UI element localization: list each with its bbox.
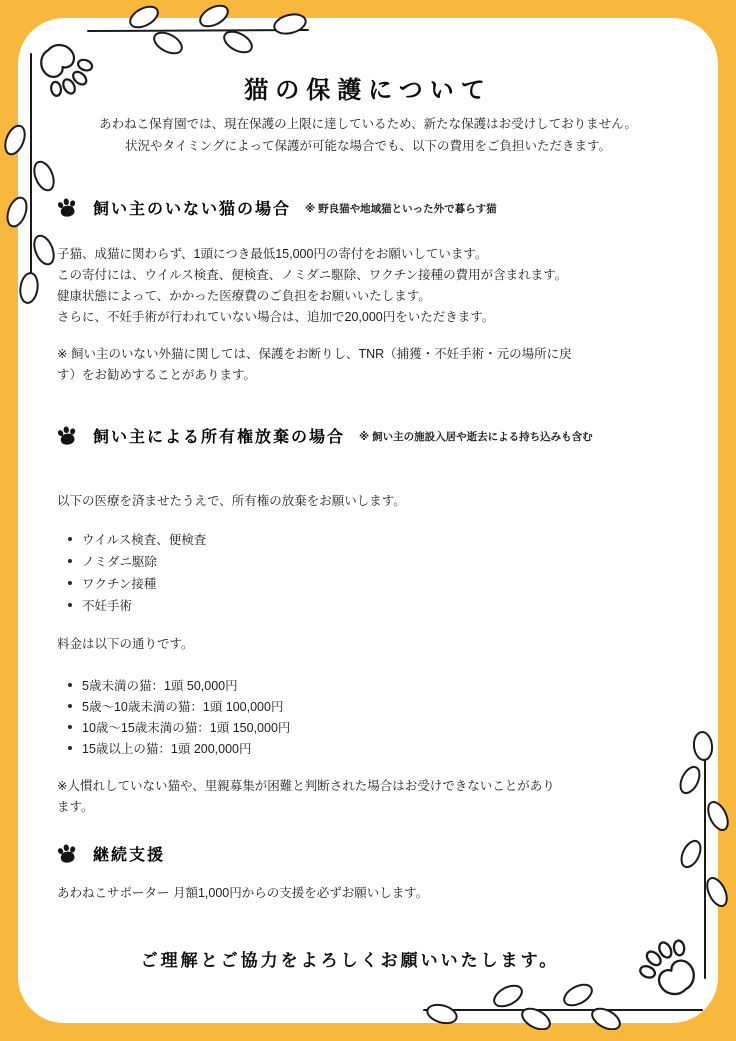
- section-heading-note: ※ 飼い主の施設入居や逝去による持ち込みも含む: [359, 426, 593, 444]
- bullet-dot-icon: [68, 581, 72, 585]
- bullet-dot-icon: [68, 746, 72, 750]
- paragraph-line: さらに、不妊手術が行われていない場合は、追加で20,000円をいただきます。: [57, 307, 567, 328]
- paw-icon: [55, 842, 80, 865]
- section-heading-ongoing-support: 継続支援: [56, 838, 165, 868]
- branch-leaves-top-decoration: [56, 4, 324, 58]
- intro-line: 状況やタイミングによって保護が可能な場合でも、以下の費用をご負担いただきます。: [0, 135, 736, 157]
- support-body-text: あわねこサポーター 月額1,000円からの支援を必ずお願いします。: [57, 883, 428, 904]
- medical-items-list: ウイルス検査、便検査 ノミダニ駆除 ワクチン接種 不妊手術: [68, 528, 206, 616]
- fees-lead-text: 料金は以下の通りです。: [57, 634, 194, 655]
- list-item: ノミダニ駆除: [68, 550, 206, 572]
- list-item: 不妊手術: [68, 594, 206, 616]
- paragraph-line: この寄付には、ウイルス検査、便検査、ノミダニ駆除、ワクチン接種の費用が含まれます…: [57, 265, 567, 286]
- closing-message: ご理解とご協力をよろしくお願いいたします。: [20, 946, 680, 971]
- paw-icon: [55, 196, 80, 219]
- list-item: ウイルス検査、便検査: [68, 528, 206, 550]
- page-title: 猫の保護について: [0, 70, 736, 105]
- list-item: 10歳〜15歳未満の猫：1頭 150,000円: [68, 716, 290, 737]
- section-heading-label: 飼い主のいない猫の場合: [93, 196, 291, 219]
- section-heading-label: 飼い主による所有権放棄の場合: [93, 424, 345, 447]
- bullet-dot-icon: [68, 683, 72, 687]
- remark-line: ※人慣れしていない猫や、里親募集が困難と判断された場合はお受けできないことがあり: [57, 776, 555, 797]
- surrender-lead-text: 以下の医療を済ませたうえで、所有権の放棄をお願いします。: [57, 491, 406, 512]
- content-panel: [18, 18, 718, 1023]
- bullet-dot-icon: [68, 559, 72, 563]
- surrender-remark: ※人慣れしていない猫や、里親募集が困難と判断された場合はお受けできないことがあり…: [57, 776, 555, 818]
- bullet-dot-icon: [68, 603, 72, 607]
- intro-paragraph: あわねこ保育園では、現在保護の上限に達しているため、新たな保護はお受けしておりま…: [0, 113, 736, 157]
- list-item: 5歳〜10歳未満の猫：1頭 100,000円: [68, 695, 290, 716]
- remark-line: ※ 飼い主のいない外猫に関しては、保護をお断りし、TNR（捕獲・不妊手術・元の場…: [57, 344, 572, 365]
- paw-icon: [55, 424, 80, 447]
- fees-list: 5歳未満の猫：1頭 50,000円 5歳〜10歳未満の猫：1頭 100,000円…: [68, 674, 290, 758]
- remark-line: ます。: [57, 797, 555, 818]
- stray-cats-remark: ※ 飼い主のいない外猫に関しては、保護をお断りし、TNR（捕獲・不妊手術・元の場…: [57, 344, 572, 386]
- section-heading-stray-cats: 飼い主のいない猫の場合 ※ 野良猫や地域猫といった外で暮らす猫: [56, 192, 497, 222]
- bullet-dot-icon: [68, 725, 72, 729]
- paragraph-line: 健康状態によって、かかった医療費のご負担をお願いいたします。: [57, 286, 567, 307]
- list-item: 15歳以上の猫：1頭 200,000円: [68, 737, 290, 758]
- remark-line: す）をお勧めすることがあります。: [57, 365, 572, 386]
- section-heading-ownership-surrender: 飼い主による所有権放棄の場合 ※ 飼い主の施設入居や逝去による持ち込みも含む: [56, 420, 593, 450]
- section-heading-note: ※ 野良猫や地域猫といった外で暮らす猫: [305, 198, 497, 216]
- list-item: 5歳未満の猫：1頭 50,000円: [68, 674, 290, 695]
- paragraph-line: 子猫、成猫に関わらず、1頭につき最低15,000円の寄付をお願いしています。: [57, 244, 567, 265]
- bullet-dot-icon: [68, 537, 72, 541]
- flyer-page: 猫の保護について あわねこ保育園では、現在保護の上限に達しているため、新たな保護…: [0, 0, 736, 1041]
- bullet-dot-icon: [68, 704, 72, 708]
- intro-line: あわねこ保育園では、現在保護の上限に達しているため、新たな保護はお受けしておりま…: [0, 113, 736, 135]
- list-item: ワクチン接種: [68, 572, 206, 594]
- stray-cats-paragraph: 子猫、成猫に関わらず、1頭につき最低15,000円の寄付をお願いしています。 こ…: [57, 244, 567, 328]
- section-heading-label: 継続支援: [93, 842, 165, 865]
